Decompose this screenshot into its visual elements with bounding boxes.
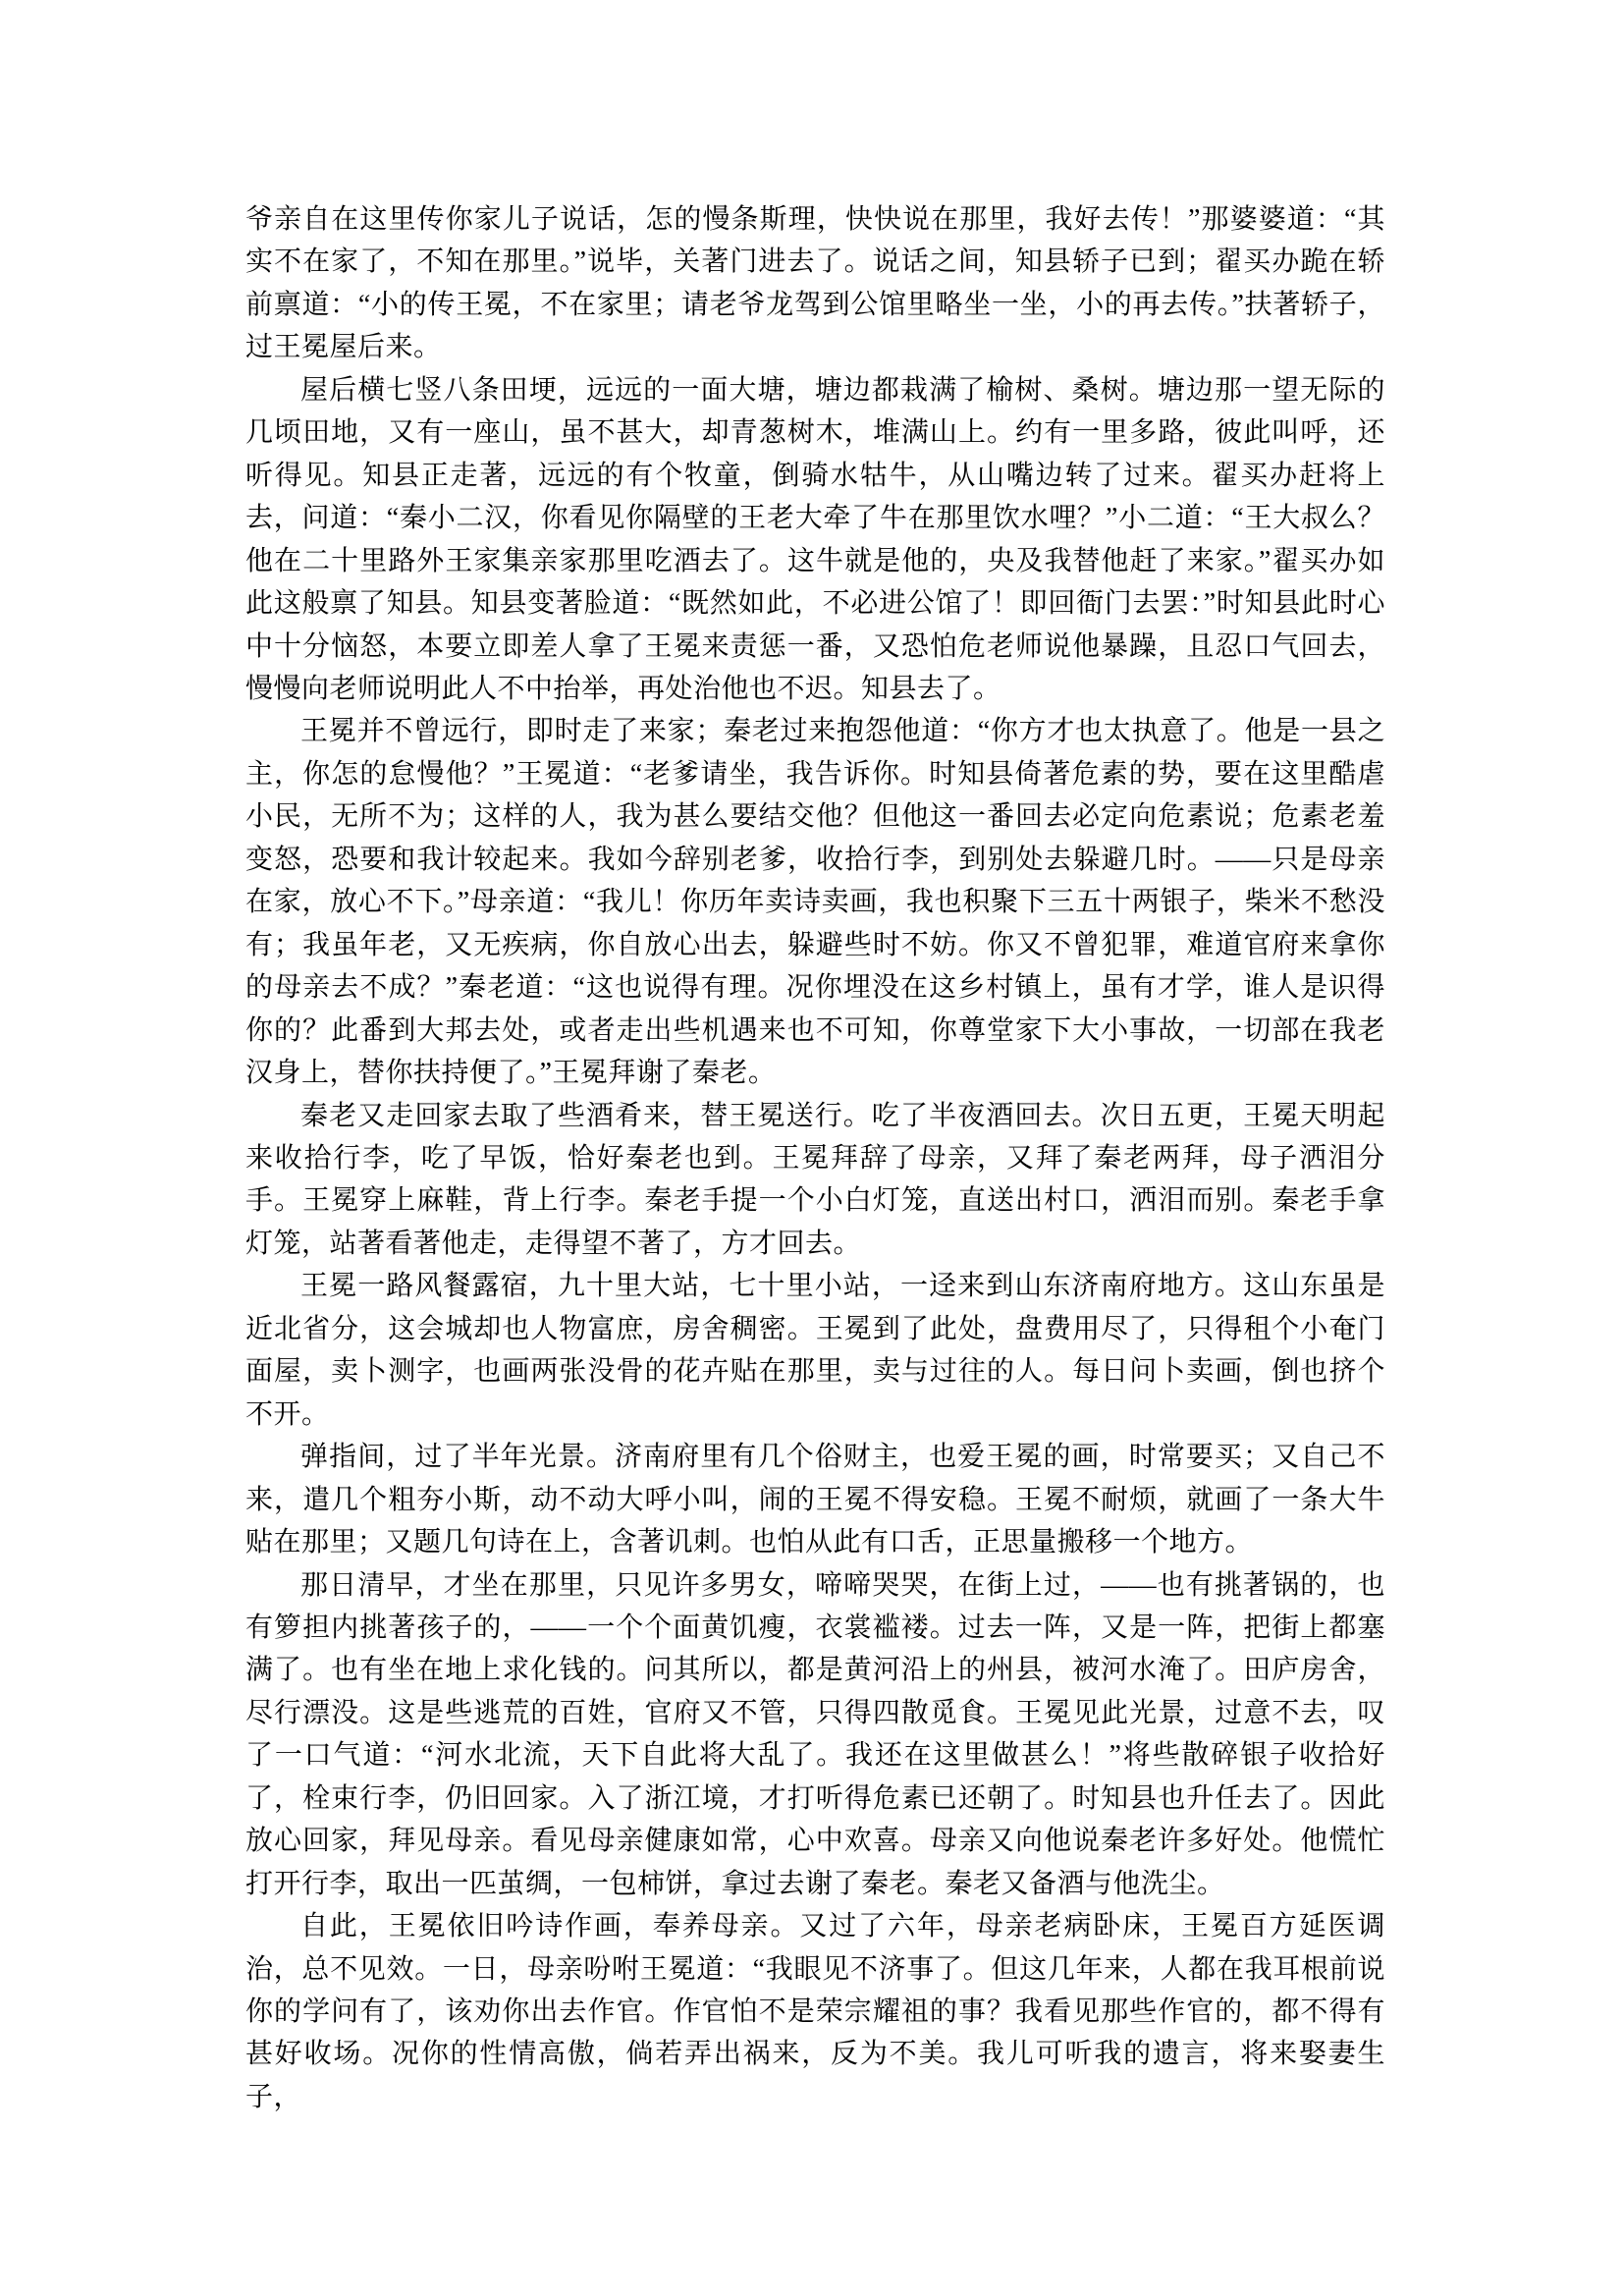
- paragraph-6: 弹指间，过了半年光景。济南府里有几个俗财主，也爱王冕的画，时常要买；又自己不来，…: [245, 1436, 1385, 1563]
- body-text: 爷亲自在这里传你家儿子说话，怎的慢条斯理，快快说在那里，我好去传！”那婆婆道：“…: [245, 198, 1385, 2118]
- paragraph-2: 屋后横七竖八条田埂，远远的一面大塘，塘边都栽满了榆树、桑树。塘边那一望无际的几顷…: [245, 369, 1385, 711]
- paragraph-8: 自此，王冕依旧吟诗作画，奉养母亲。又过了六年，母亲老病卧床，王冕百方延医调治，总…: [245, 1905, 1385, 2118]
- document-page: 爷亲自在这里传你家儿子说话，怎的慢条斯理，快快说在那里，我好去传！”那婆婆道：“…: [0, 0, 1623, 2296]
- paragraph-1: 爷亲自在这里传你家儿子说话，怎的慢条斯理，快快说在那里，我好去传！”那婆婆道：“…: [245, 198, 1385, 369]
- paragraph-5: 王冕一路风餐露宿，九十里大站，七十里小站，一迳来到山东济南府地方。这山东虽是近北…: [245, 1265, 1385, 1436]
- paragraph-3: 王冕并不曾远行，即时走了来家；秦老过来抱怨他道：“你方才也太执意了。他是一县之主…: [245, 710, 1385, 1094]
- paragraph-7: 那日清早，才坐在那里，只见许多男女，啼啼哭哭，在街上过，——也有挑著锅的，也有箩…: [245, 1564, 1385, 1906]
- paragraph-4: 秦老又走回家去取了些酒肴来，替王冕送行。吃了半夜酒回去。次日五更，王冕天明起来收…: [245, 1095, 1385, 1266]
